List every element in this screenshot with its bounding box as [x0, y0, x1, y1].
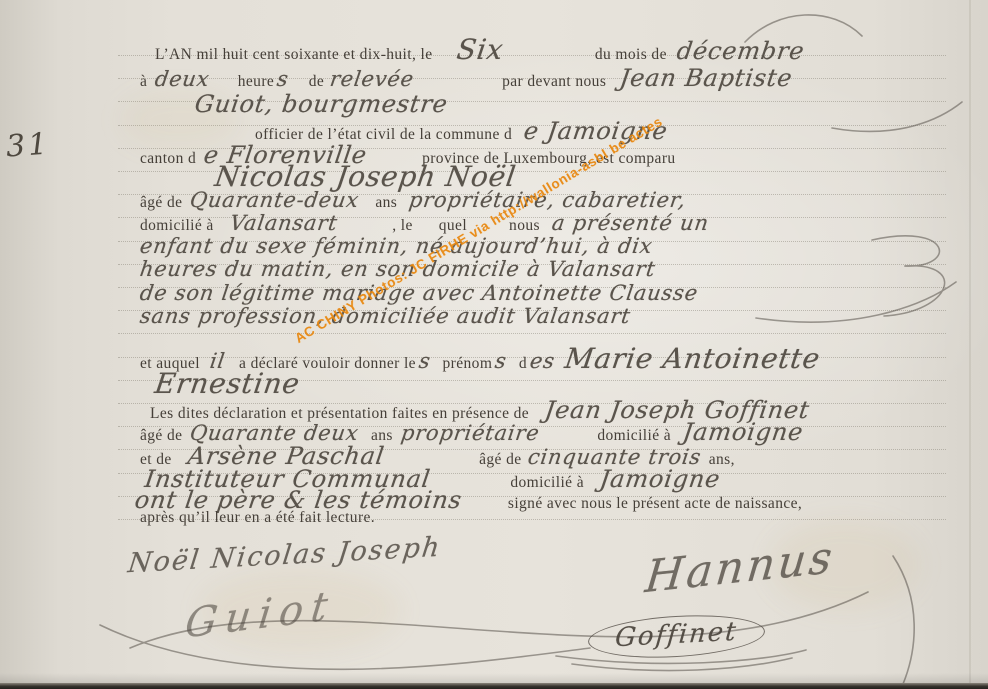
signature-witness-1: Hannus — [643, 532, 838, 604]
handwritten-entry: Quarante-deux — [189, 190, 361, 211]
paper-bottom-shadow — [0, 673, 988, 683]
handwritten-entry: Ernestine — [153, 370, 302, 398]
document-line: Guiot, bourgmestre — [195, 92, 448, 116]
handwritten-entry: Guiot, bourgmestre — [193, 92, 449, 116]
printed-form-text: âgé de — [140, 195, 182, 211]
handwritten-entry: propriétaire — [399, 423, 540, 444]
document-line: de son légitime mariage avec Antoinette … — [140, 283, 698, 304]
paper-fold-line — [969, 0, 971, 689]
handwritten-entry: s — [494, 351, 509, 372]
document-line: âgé deQuarante deuxanspropriétairedomici… — [140, 420, 803, 444]
printed-form-text: heure — [238, 74, 274, 90]
handwritten-entry: de son légitime mariage avec Antoinette … — [139, 283, 700, 304]
printed-form-text: par devant nous — [502, 74, 606, 90]
printed-form-text: prénom — [443, 356, 493, 372]
printed-form-text: domicilié à — [140, 218, 214, 234]
document-line: officier de l’état civil de la commune d… — [255, 119, 668, 143]
ruled-line — [118, 333, 946, 334]
handwritten-entry: Jamoigne — [681, 420, 805, 444]
photo-bottom-edge — [0, 683, 988, 689]
handwritten-entry: s — [276, 69, 291, 90]
handwritten-entry: es — [529, 351, 557, 372]
printed-form-text: domicilié à — [597, 428, 671, 444]
printed-form-text: âgé de — [140, 428, 182, 444]
printed-form-text: , le — [392, 218, 413, 234]
handwritten-entry: a présenté un — [550, 213, 710, 234]
signature-witness-2-circled: Goffinet — [586, 611, 766, 661]
handwritten-entry: décembre — [675, 39, 806, 63]
document-line: sans profession, domiciliée audit Valans… — [140, 306, 631, 327]
birth-certificate-page: 31 L’AN mil huit cent soixante et dix-hu… — [0, 0, 988, 689]
printed-form-text: nous — [509, 218, 540, 234]
document-line: enfant du sexe féminin, né aujourd’hui, … — [140, 236, 652, 257]
document-line: àdeuxheuresderelevéepar devant nousJean … — [140, 66, 793, 90]
printed-form-text: à — [140, 74, 147, 90]
printed-form-text: d — [519, 356, 527, 372]
handwritten-entry: enfant du sexe féminin, né aujourd’hui, … — [139, 236, 654, 257]
handwritten-entry: Six — [455, 36, 505, 64]
printed-form-text: ans — [375, 195, 397, 211]
signature-officer: Guiot — [183, 582, 338, 647]
printed-form-text: du mois de — [595, 47, 667, 63]
printed-form-text: après qu’il leur en a été fait lecture. — [140, 510, 375, 526]
printed-form-text: signé avec nous le présent acte de naiss… — [508, 496, 802, 512]
handwritten-entry: Nicolas Joseph Noël — [213, 163, 518, 191]
printed-form-text: âgé de — [479, 452, 521, 468]
handwritten-entry: relevée — [329, 69, 416, 90]
handwritten-entry: deux — [154, 69, 211, 90]
document-line: Nicolas Joseph Noël — [215, 163, 516, 191]
document-line: Ernestine — [155, 370, 300, 398]
document-line: domicilié àValansart, lequelnousa présen… — [140, 213, 709, 234]
margin-record-number: 31 — [5, 127, 52, 165]
handwritten-entry: Marie Antoinette — [563, 345, 822, 373]
handwritten-entry: sans profession, domiciliée audit Valans… — [139, 306, 633, 327]
printed-form-text: de — [309, 74, 324, 90]
signature-father: Noël Nicolas Joseph — [126, 532, 443, 580]
document-line: L’AN mil huit cent soixante et dix-huit,… — [155, 36, 804, 64]
handwritten-entry: s — [417, 351, 432, 372]
printed-form-text: L’AN mil huit cent soixante et dix-huit,… — [155, 47, 433, 63]
handwritten-entry: Jean Baptiste — [619, 66, 795, 90]
document-line: âgé deQuarante-deuxanspropriétaire, caba… — [140, 190, 686, 211]
printed-form-text: canton d — [140, 151, 196, 167]
document-line: après qu’il leur en a été fait lecture. — [140, 510, 375, 526]
handwritten-entry: Valansart — [228, 213, 338, 234]
handwritten-entry: Quarante deux — [189, 423, 360, 444]
